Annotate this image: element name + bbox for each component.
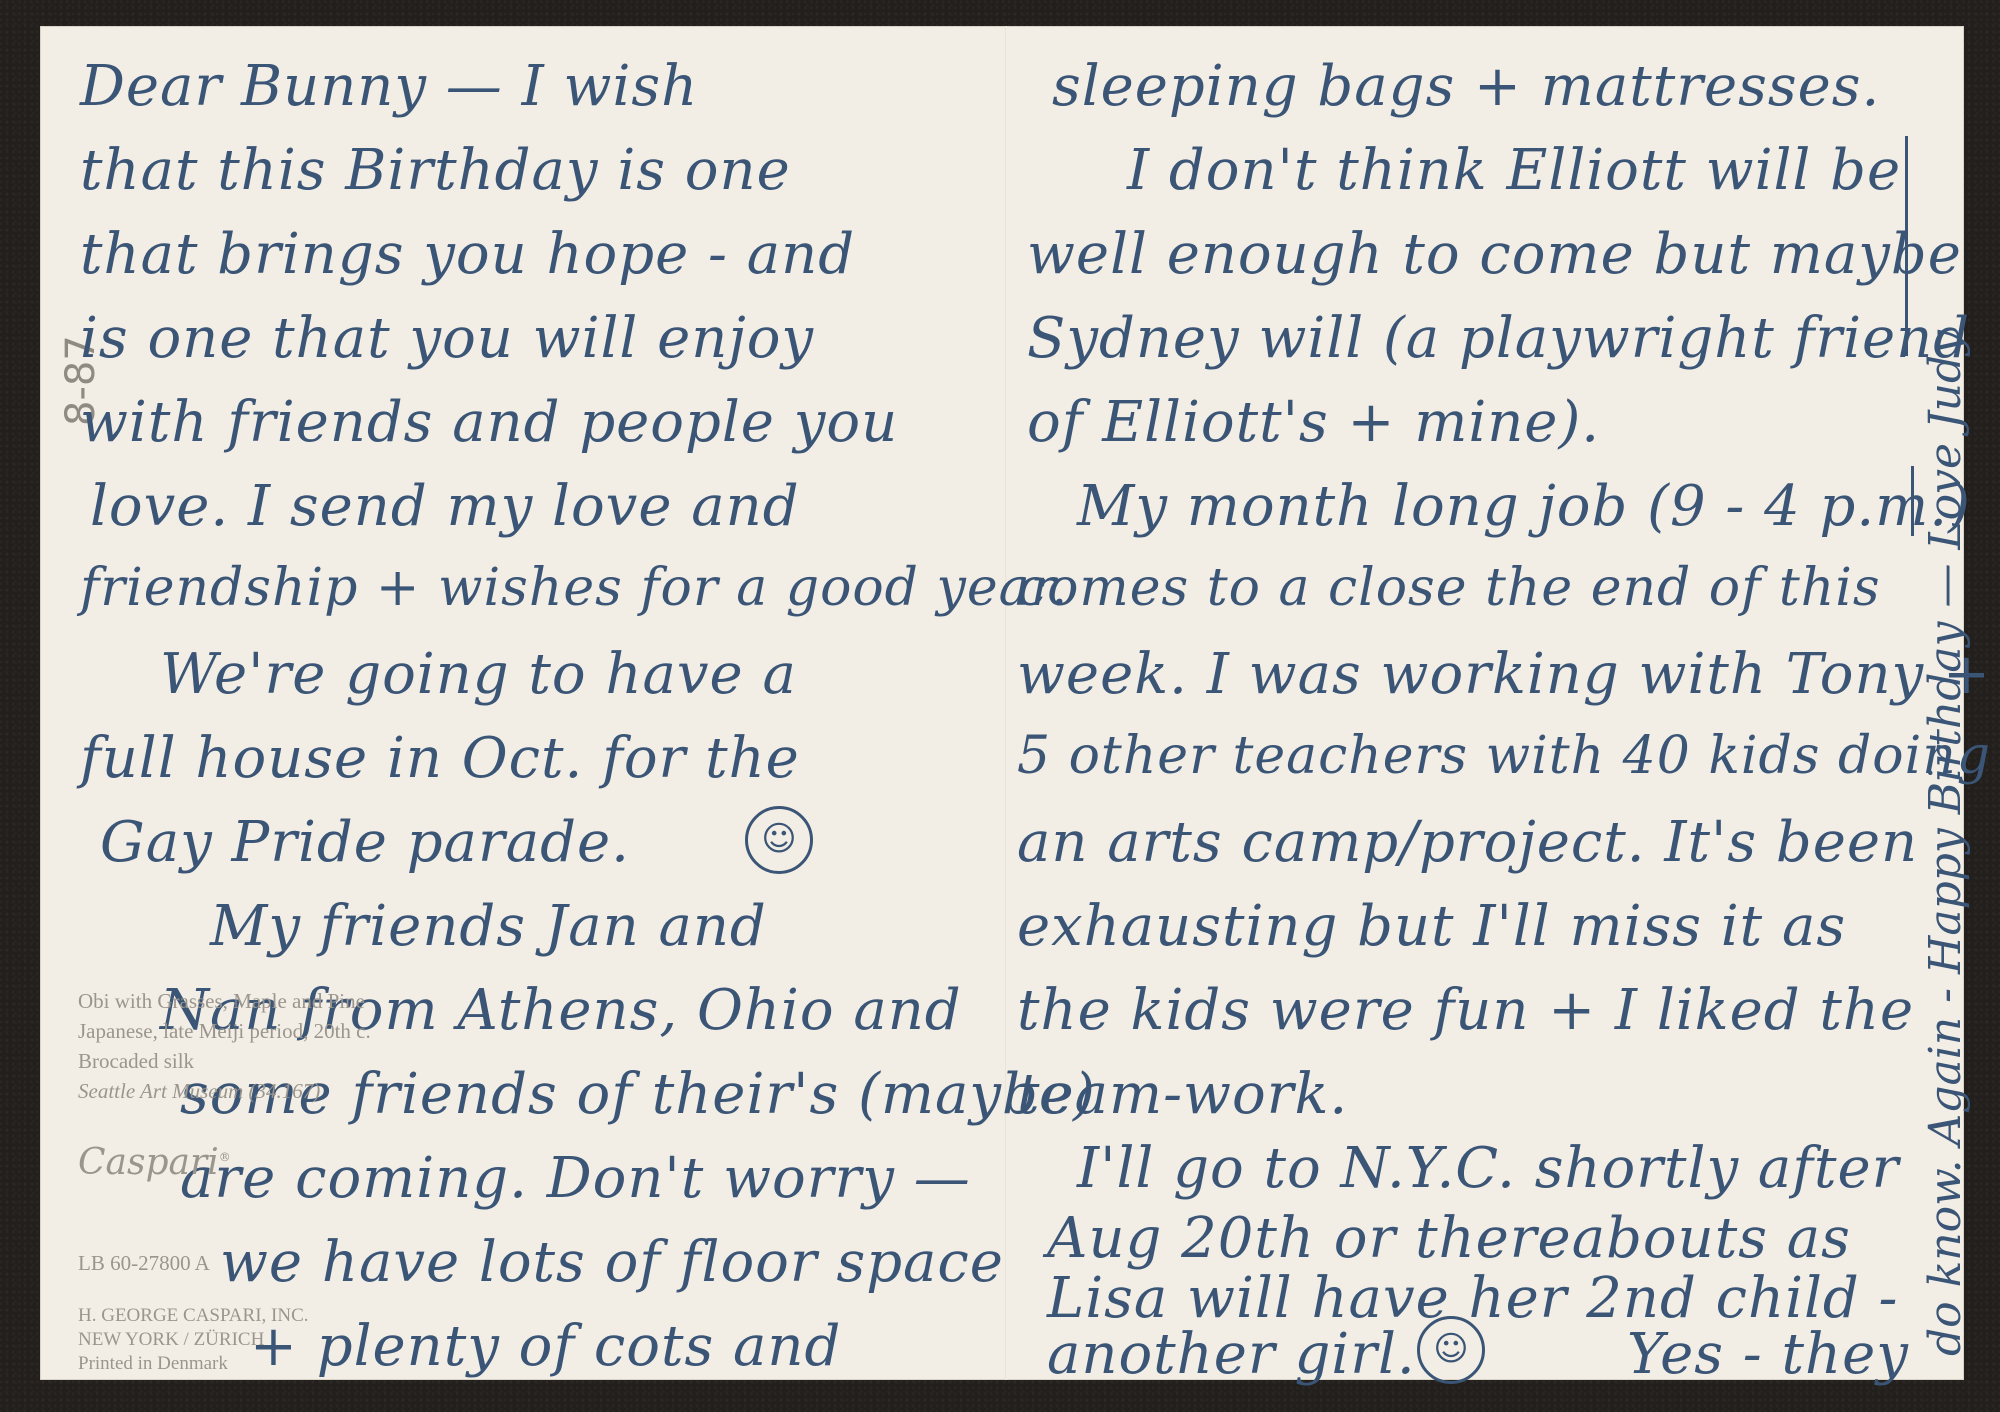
handwritten-line: Yes - they (1627, 1322, 1909, 1387)
smiley-face-doodle: ☺ (1417, 1316, 1485, 1384)
handwritten-line: We're going to have a (160, 642, 797, 707)
handwritten-line: another girl. (1047, 1322, 1416, 1387)
handwritten-line: we have lots of floor space (220, 1230, 1004, 1295)
handwritten-line: are coming. Don't worry — (180, 1146, 971, 1211)
handwritten-line: team-work. (1017, 1062, 1348, 1127)
caption-origin: Japanese, late Meiji period, 20th c. (78, 1016, 371, 1046)
handwritten-line: of Elliott's + mine). (1027, 390, 1600, 455)
handwritten-line: Sydney will (a playwright friend (1027, 306, 1970, 371)
handwritten-line: with friends and people you (80, 390, 898, 455)
handwritten-line: comes to a close the end of this (1017, 558, 1881, 618)
handwritten-line: sleeping bags + mattresses. (1052, 54, 1880, 119)
handwritten-line: I don't think Elliott will be (1127, 138, 1901, 203)
product-code: LB 60-27800 A (78, 1248, 210, 1278)
handwritten-line: friendship + wishes for a good year. (80, 558, 1068, 618)
caption-title: Obi with Grasses, Maple and Pine (78, 986, 371, 1016)
handwritten-line: love. I send my love and (90, 474, 800, 539)
caption-medium: Brocaded silk (78, 1046, 371, 1076)
handwritten-line: + plenty of cots and (250, 1314, 841, 1379)
handwritten-line: that this Birthday is one (80, 138, 791, 203)
left-page: 8-87 Dear Bunny — I wish that this Birth… (40, 26, 1005, 1380)
smiley-face-doodle: ☺ (745, 806, 813, 874)
handwritten-line: the kids were fun + I liked the (1017, 978, 1914, 1043)
handwritten-line: that brings you hope - and (80, 222, 855, 287)
publisher-name: H. GEORGE CASPARI, INC. (78, 1304, 309, 1328)
handwritten-line: 5 other teachers with 40 kids doing (1017, 726, 1991, 786)
handwritten-line: week. I was working with Tony + (1017, 642, 1991, 707)
publisher-cities: NEW YORK / ZÜRICH (78, 1328, 309, 1352)
artwork-caption: Obi with Grasses, Maple and Pine Japanes… (78, 986, 371, 1106)
publisher-info: H. GEORGE CASPARI, INC. NEW YORK / ZÜRIC… (78, 1304, 309, 1376)
handwritten-line: I'll go to N.Y.C. shortly after (1077, 1136, 1899, 1201)
margin-bracket (1895, 136, 1908, 356)
caspari-logo: Caspari® (78, 1142, 231, 1183)
handwritten-line: an arts camp/project. It's been (1017, 810, 1918, 875)
printed-location: Printed in Denmark (78, 1352, 309, 1376)
vertical-margin-signoff: do know. Again - Happy Birthday — Love J… (1920, 330, 1971, 1356)
greeting-card: 8-87 Dear Bunny — I wish that this Birth… (40, 26, 1964, 1380)
product-code-text: LB 60-27800 A (78, 1248, 210, 1278)
handwritten-line: is one that you will enjoy (80, 306, 814, 371)
handwritten-line: well enough to come but maybe (1027, 222, 1962, 287)
handwritten-line: My friends Jan and (210, 894, 767, 959)
registered-mark: ® (219, 1150, 231, 1164)
handwritten-line: exhausting but I'll miss it as (1017, 894, 1846, 959)
margin-bracket (1907, 466, 1914, 536)
handwritten-line: Gay Pride parade. (100, 810, 630, 875)
handwritten-line: My month long job (9 - 4 p.m.) (1077, 474, 1971, 539)
caption-collection: Seattle Art Museum (34.167) (78, 1076, 371, 1106)
handwritten-line: Aug 20th or thereabouts as (1047, 1206, 1851, 1271)
handwritten-line: full house in Oct. for the (80, 726, 800, 791)
brand-name: Caspari (78, 1142, 219, 1183)
handwritten-line: Dear Bunny — I wish (80, 54, 698, 119)
right-page: sleeping bags + mattresses. I don't thin… (1007, 26, 1964, 1380)
